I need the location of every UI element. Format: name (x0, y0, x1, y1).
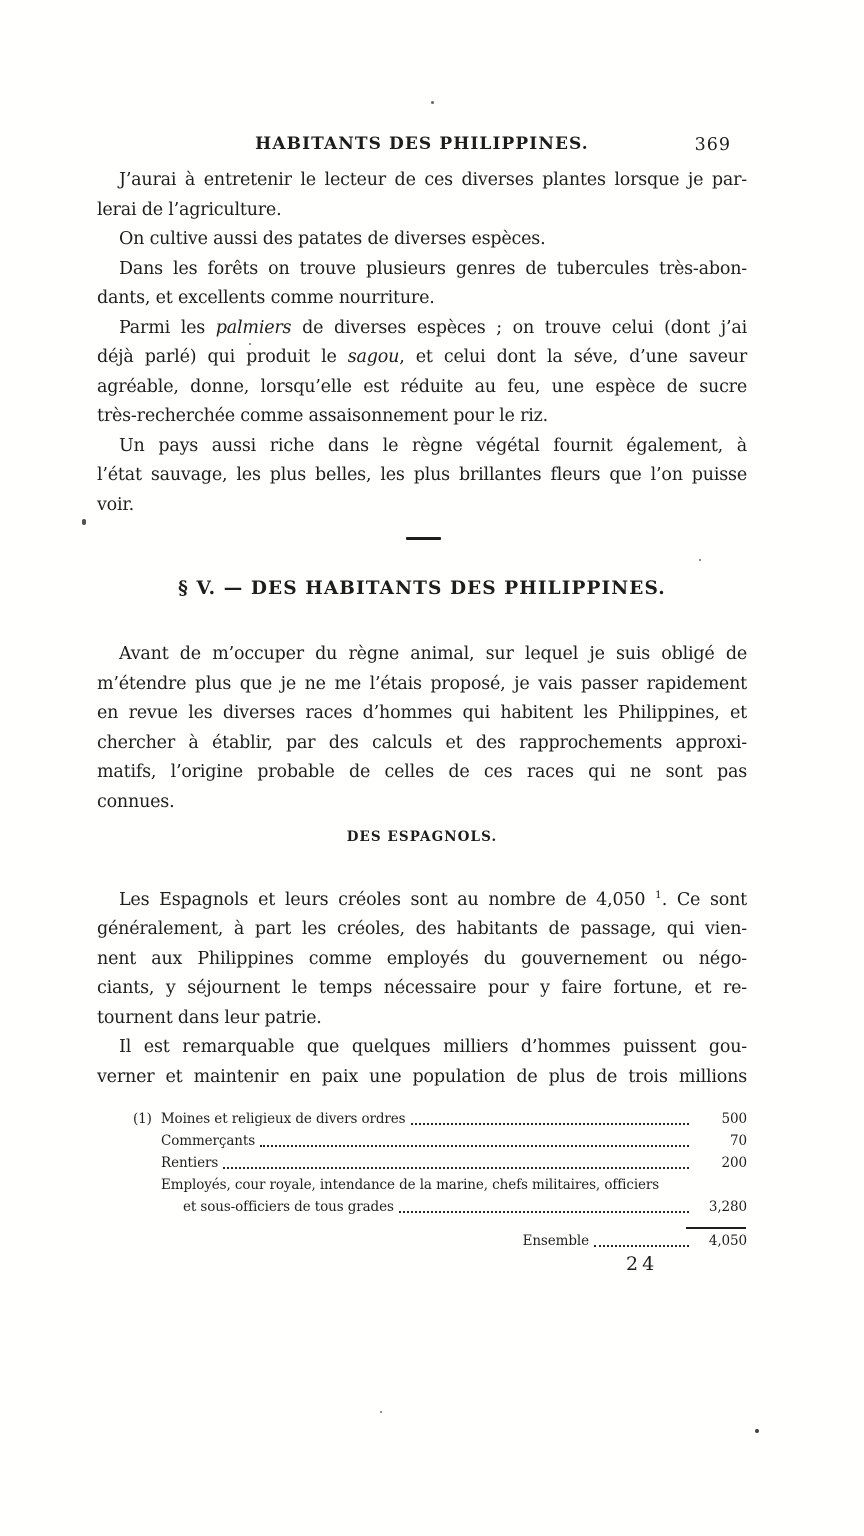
scan-speck (82, 519, 86, 525)
footnote-value: 500 (693, 1111, 747, 1128)
footnote-total-value: 4,050 (693, 1233, 747, 1250)
footnote-marker: (1) (97, 1111, 161, 1128)
section-heading: § V. — DES HABITANTS DES PHILIPPINES. (97, 578, 747, 599)
footnote-row: Commerçants 70 (97, 1133, 747, 1150)
scan-speck (755, 1429, 759, 1433)
text-line: Les Espagnols et leurs créoles sont au n… (97, 881, 747, 915)
body-text-block-3: Les Espagnols et leurs créoles sont au n… (97, 881, 747, 1092)
footnote-label: Moines et religieux de divers ordres (161, 1111, 406, 1128)
scan-speck (699, 559, 701, 561)
text-line: l’état sauvage, les plus belles, les plu… (97, 461, 747, 491)
dot-leader (223, 1167, 689, 1169)
footnote-label: Rentiers (97, 1155, 218, 1172)
text-line: chercher à établir, par des calculs et d… (97, 729, 747, 759)
running-title: HABITANTS DES PHILIPPINES. (255, 134, 589, 154)
text-line: matifs, l’origine probable de celles de … (97, 758, 747, 788)
section-divider-rule (406, 537, 441, 540)
text-segment: , et celui dont la séve, d’une saveur (399, 347, 747, 367)
text-line: Un pays aussi riche dans le règne végéta… (97, 432, 747, 462)
footnote-label: et sous-officiers de tous grades (97, 1199, 394, 1216)
text-line: m’étendre plus que je ne me l’étais prop… (97, 670, 747, 700)
text-segment: . Ce sont (662, 890, 747, 910)
text-line: lerai de l’agriculture. (97, 196, 747, 226)
text-line: Avant de m’occuper du règne animal, sur … (97, 640, 747, 670)
text-line: généralement, à part les créoles, des ha… (97, 915, 747, 945)
dot-leader (411, 1123, 690, 1125)
footnote-row: (1) Moines et religieux de divers ordres… (97, 1111, 747, 1128)
text-line: J’aurai à entretenir le lecteur de ces d… (97, 166, 747, 196)
footnote-reference: 1 (655, 889, 662, 901)
footnote-label: Employés, cour royale, intendance de la … (97, 1177, 659, 1194)
signature-mark: 24 (626, 1253, 658, 1275)
scan-speck (380, 1411, 382, 1413)
text-segment: de diverses espèces ; on trouve celui (d… (291, 318, 747, 338)
text-segment: Parmi les (119, 318, 216, 338)
footnote-value: 70 (693, 1133, 747, 1150)
text-line: Dans les forêts on trouve plusieurs genr… (97, 255, 747, 285)
footnote-value: 200 (693, 1155, 747, 1172)
text-line: tournent dans leur patrie. (97, 1004, 747, 1034)
page-header: HABITANTS DES PHILIPPINES. 369 (97, 134, 747, 154)
text-line: Parmi les palmiers de diverses espèces ;… (97, 314, 747, 344)
text-line: verner et maintenir en paix une populati… (97, 1063, 747, 1093)
scan-speck (431, 101, 434, 104)
text-line: nent aux Philippines comme employés du g… (97, 945, 747, 975)
dot-leader (594, 1245, 689, 1247)
text-line: très-recherchée comme assaisonnement pou… (97, 402, 747, 432)
text-line: agréable, donne, lorsqu’elle est réduite… (97, 373, 747, 403)
sum-rule (686, 1227, 746, 1229)
subsection-heading: DES ESPAGNOLS. (97, 829, 747, 845)
text-line: dants, et excellents comme nourriture. (97, 284, 747, 314)
footnote-row: Rentiers 200 (97, 1155, 747, 1172)
footnote-row: et sous-officiers de tous grades 3,280 (97, 1199, 747, 1216)
footnote-total-row: Ensemble 4,050 (97, 1233, 747, 1250)
text-segment: Les Espagnols et leurs créoles sont au n… (119, 890, 655, 910)
text-line: On cultive aussi des patates de diverses… (97, 225, 747, 255)
dot-leader (399, 1211, 689, 1213)
page-number: 369 (695, 135, 731, 155)
italic-text-segment: palmiers (216, 318, 292, 338)
italic-text-segment: sagou (348, 347, 399, 367)
text-line: Il est remarquable que quelques milliers… (97, 1033, 747, 1063)
text-segment: déjà parlé) qui produit le (97, 347, 348, 367)
book-page: HABITANTS DES PHILIPPINES. 369 J’aurai à… (0, 0, 864, 1536)
footnote-row: Employés, cour royale, intendance de la … (97, 1177, 747, 1194)
body-text-block-1: J’aurai à entretenir le lecteur de ces d… (97, 166, 747, 520)
text-line: déjà parlé) qui produit le sagou, et cel… (97, 343, 747, 373)
dot-leader (260, 1145, 689, 1147)
footnote-label: Commerçants (97, 1133, 255, 1150)
text-line: connues. (97, 788, 747, 818)
footnote-value: 3,280 (693, 1199, 747, 1216)
text-line: voir. (97, 491, 747, 521)
body-text-block-2: Avant de m’occuper du règne animal, sur … (97, 640, 747, 817)
footnote-total-label: Ensemble (523, 1233, 589, 1250)
text-line: ciants, y séjournent le temps nécessaire… (97, 974, 747, 1004)
scan-speck (249, 343, 251, 345)
text-line: en revue les diverses races d’hommes qui… (97, 699, 747, 729)
